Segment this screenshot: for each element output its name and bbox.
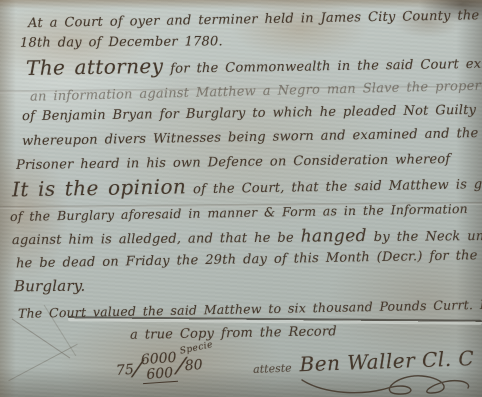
document-line: It is the opinion of the Court, that the…: [12, 169, 482, 202]
document-line: Burglary.: [14, 277, 86, 296]
document-line: against him is alledged, and that he be …: [12, 225, 482, 249]
figure-75: 75: [116, 361, 135, 378]
document-line: The Court valued the said Matthew to six…: [18, 296, 482, 321]
document-line: The attorney for the Commonwealth in the…: [26, 48, 482, 80]
line-text: a true Copy from the Record: [130, 324, 337, 343]
valuation-figures: 75 ⁄ 6000 600 ⁄ Specie 80: [115, 349, 204, 386]
emphasized-phrase: The attorney: [26, 54, 164, 80]
document-line: a true Copy from the Record: [130, 324, 337, 343]
line-text: of the Burglary aforesaid in manner & Fo…: [10, 201, 468, 224]
figure-600: 600: [141, 365, 178, 384]
line-text: 18th day of December 1780.: [20, 34, 223, 50]
line-text: of Benjamin Bryan for Burglary to which …: [22, 103, 476, 124]
line-text: against him is alledged, and that he be: [12, 231, 301, 249]
emphasized-phrase: It is the opinion: [12, 174, 187, 201]
line-text: whereupon divers Witnesses being sworn a…: [22, 126, 479, 149]
attest-label: atteste: [253, 362, 292, 376]
line-text: by the Neck until: [367, 229, 482, 245]
figure-80-value: 80: [184, 357, 203, 374]
specie-annotation: Specie: [179, 340, 214, 357]
slash-mark: ⁄: [178, 353, 183, 379]
slash-mark: ⁄: [135, 356, 140, 382]
line-text: At a Court of oyer and terminer held in …: [28, 8, 482, 31]
corner-crease: [12, 319, 71, 359]
line-text: he be dead on Friday the 29th day of thi…: [16, 248, 482, 272]
document-line: of the Burglary aforesaid in manner & Fo…: [10, 201, 468, 224]
line-text: The Court valued the said Matthew to six…: [18, 296, 482, 321]
corner-crease: [8, 344, 77, 382]
document-line-faded: an information against Matthew a Negro m…: [30, 78, 482, 104]
document-line: whereupon divers Witnesses being sworn a…: [22, 126, 479, 149]
photo-of-document: At a Court of oyer and terminer held in …: [0, 0, 482, 397]
line-text: for the Commonwealth in the said Court e…: [163, 56, 482, 77]
signature-flourish-icon: [300, 368, 472, 396]
line-text: an information against Matthew a Negro m…: [30, 78, 482, 104]
figure-80: Specie 80: [184, 357, 203, 374]
figure-fraction: 6000 600: [140, 351, 178, 385]
line-text: Burglary.: [14, 277, 86, 296]
document-line: At a Court of oyer and terminer held in …: [28, 8, 482, 31]
document-line: 18th day of December 1780.: [20, 34, 223, 50]
document-line: of Benjamin Bryan for Burglary to which …: [22, 103, 476, 124]
emphasized-word: hanged: [301, 226, 367, 247]
document-line: he be dead on Friday the 29th day of thi…: [16, 248, 482, 272]
line-text: of the Court, that the said Matthew is g…: [186, 177, 482, 198]
